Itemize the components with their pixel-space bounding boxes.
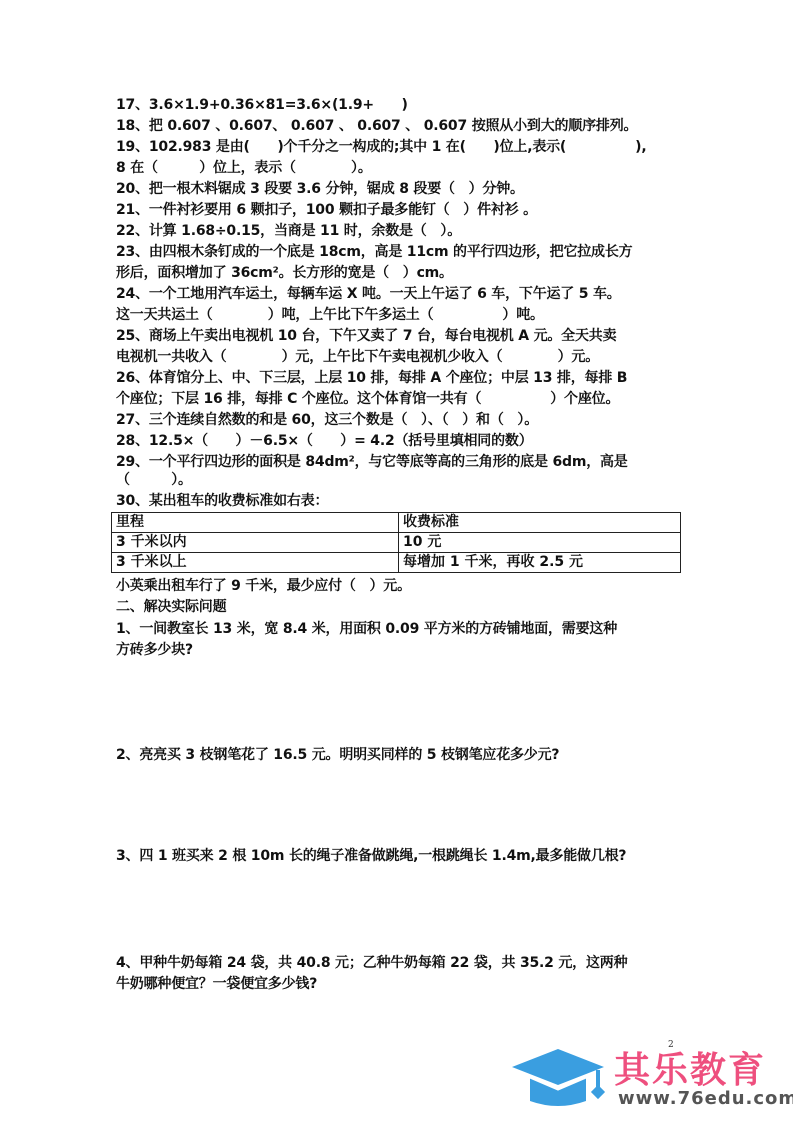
question-30: 30、某出租车的收费标准如右表： — [116, 492, 328, 511]
table-header-row: 里程 收费标准 — [112, 513, 681, 533]
question-26-line-2: 个座位；下层 16 排，每排 C 个座位。这个体育馆一共有（ ）个座位。 — [116, 390, 619, 409]
question-21: 21、一件衬衫要用 6 颗扣子，100 颗扣子最多能钉（ ）件衬衫 。 — [116, 201, 537, 220]
question-27: 27、三个连续自然数的和是 60，这三个数是（ ）、（ ）和（ ）。 — [116, 411, 538, 430]
question-22: 22、计算 1.68÷0.15，当商是 11 时，余数是（ ）。 — [116, 222, 461, 241]
section-2-title: 二、解决实际问题 — [116, 598, 226, 617]
problem-1-line-2: 方砖多少块? — [116, 641, 193, 660]
question-20: 20、把一根木料锯成 3 段要 3.6 分钟，锯成 8 段要（ ）分钟。 — [116, 180, 524, 199]
table-header-fare: 收费标准 — [399, 513, 681, 533]
question-24-line-1: 24、一个工地用汽车运土，每辆车运 X 吨。一天上午运了 6 车，下午运了 5 … — [116, 285, 621, 304]
question-26-line-1: 26、体育馆分上、中、下三层，上层 10 排，每排 A 个座位；中层 13 排，… — [116, 369, 627, 388]
question-23-line-2: 形后，面积增加了 36cm²。长方形的宽是（ ）cm。 — [116, 264, 453, 283]
table-cell-distance: 3 千米以上 — [112, 553, 399, 573]
question-29-line-2: （ ）。 — [116, 471, 192, 490]
table-header-distance: 里程 — [112, 513, 399, 533]
fare-table: 里程 收费标准 3 千米以内 10 元 3 千米以上 每增加 1 千米，再收 2… — [111, 512, 681, 573]
question-29-line-1: 29、一个平行四边形的面积是 84dm²，与它等底等高的三角形的底是 6dm，高… — [116, 453, 628, 472]
table-row: 3 千米以内 10 元 — [112, 533, 681, 553]
question-17: 17、3.6×1.9+0.36×81=3.6×(1.9+ ) — [116, 96, 408, 115]
question-18: 18、把 0.607 、0.607、 0.607 、 0.607 、 0.607… — [116, 117, 637, 136]
question-23-line-1: 23、由四根木条钉成的一个底是 18cm，高是 11cm 的平行四边形，把它拉成… — [116, 243, 632, 262]
table-cell-fare: 10 元 — [399, 533, 681, 553]
table-row: 3 千米以上 每增加 1 千米，再收 2.5 元 — [112, 553, 681, 573]
question-19-line-2: 8 在（ ）位上，表示（ ）。 — [116, 159, 372, 178]
problem-3: 3、四 1 班买来 2 根 10m 长的绳子准备做跳绳,一根跳绳长 1.4m,最… — [116, 847, 626, 866]
problem-1-line-1: 1、一间教室长 13 米，宽 8.4 米，用面积 0.09 平方米的方砖铺地面，… — [116, 620, 617, 639]
brand-url: www.76edu.com — [618, 1088, 793, 1109]
problem-2: 2、亮亮买 3 枝钢笔花了 16.5 元。明明买同样的 5 枝钢笔应花多少元? — [116, 746, 559, 765]
question-28: 28、12.5×（ ）－6.5×（ ）= 4.2（括号里填相同的数） — [116, 432, 533, 451]
question-30-followup: 小英乘出租车行了 9 千米，最少应付（ ）元。 — [116, 577, 411, 596]
question-25-line-1: 25、商场上午卖出电视机 10 台，下午又卖了 7 台，每台电视机 A 元。全天… — [116, 327, 616, 346]
graduation-cap-icon — [508, 1045, 608, 1107]
watermark-logo: 其乐教育 www.76edu.com — [508, 1040, 788, 1115]
question-19-line-1: 19、102.983 是由( )个千分之一构成的;其中 1 在( )位上,表示(… — [116, 138, 646, 157]
table-cell-distance: 3 千米以内 — [112, 533, 399, 553]
problem-4-line-1: 4、甲种牛奶每箱 24 袋，共 40.8 元；乙种牛奶每箱 22 袋，共 35.… — [116, 954, 627, 973]
brand-name: 其乐教育 — [614, 1042, 766, 1093]
table-cell-fare: 每增加 1 千米，再收 2.5 元 — [399, 553, 681, 573]
question-25-line-2: 电视机一共收入（ ）元，上午比下午卖电视机少收入（ ）元。 — [116, 348, 599, 367]
problem-4-line-2: 牛奶哪种便宜？一袋便宜多少钱? — [116, 975, 317, 994]
question-24-line-2: 这一天共运土（ ）吨，上午比下午多运土（ ）吨。 — [116, 306, 544, 325]
